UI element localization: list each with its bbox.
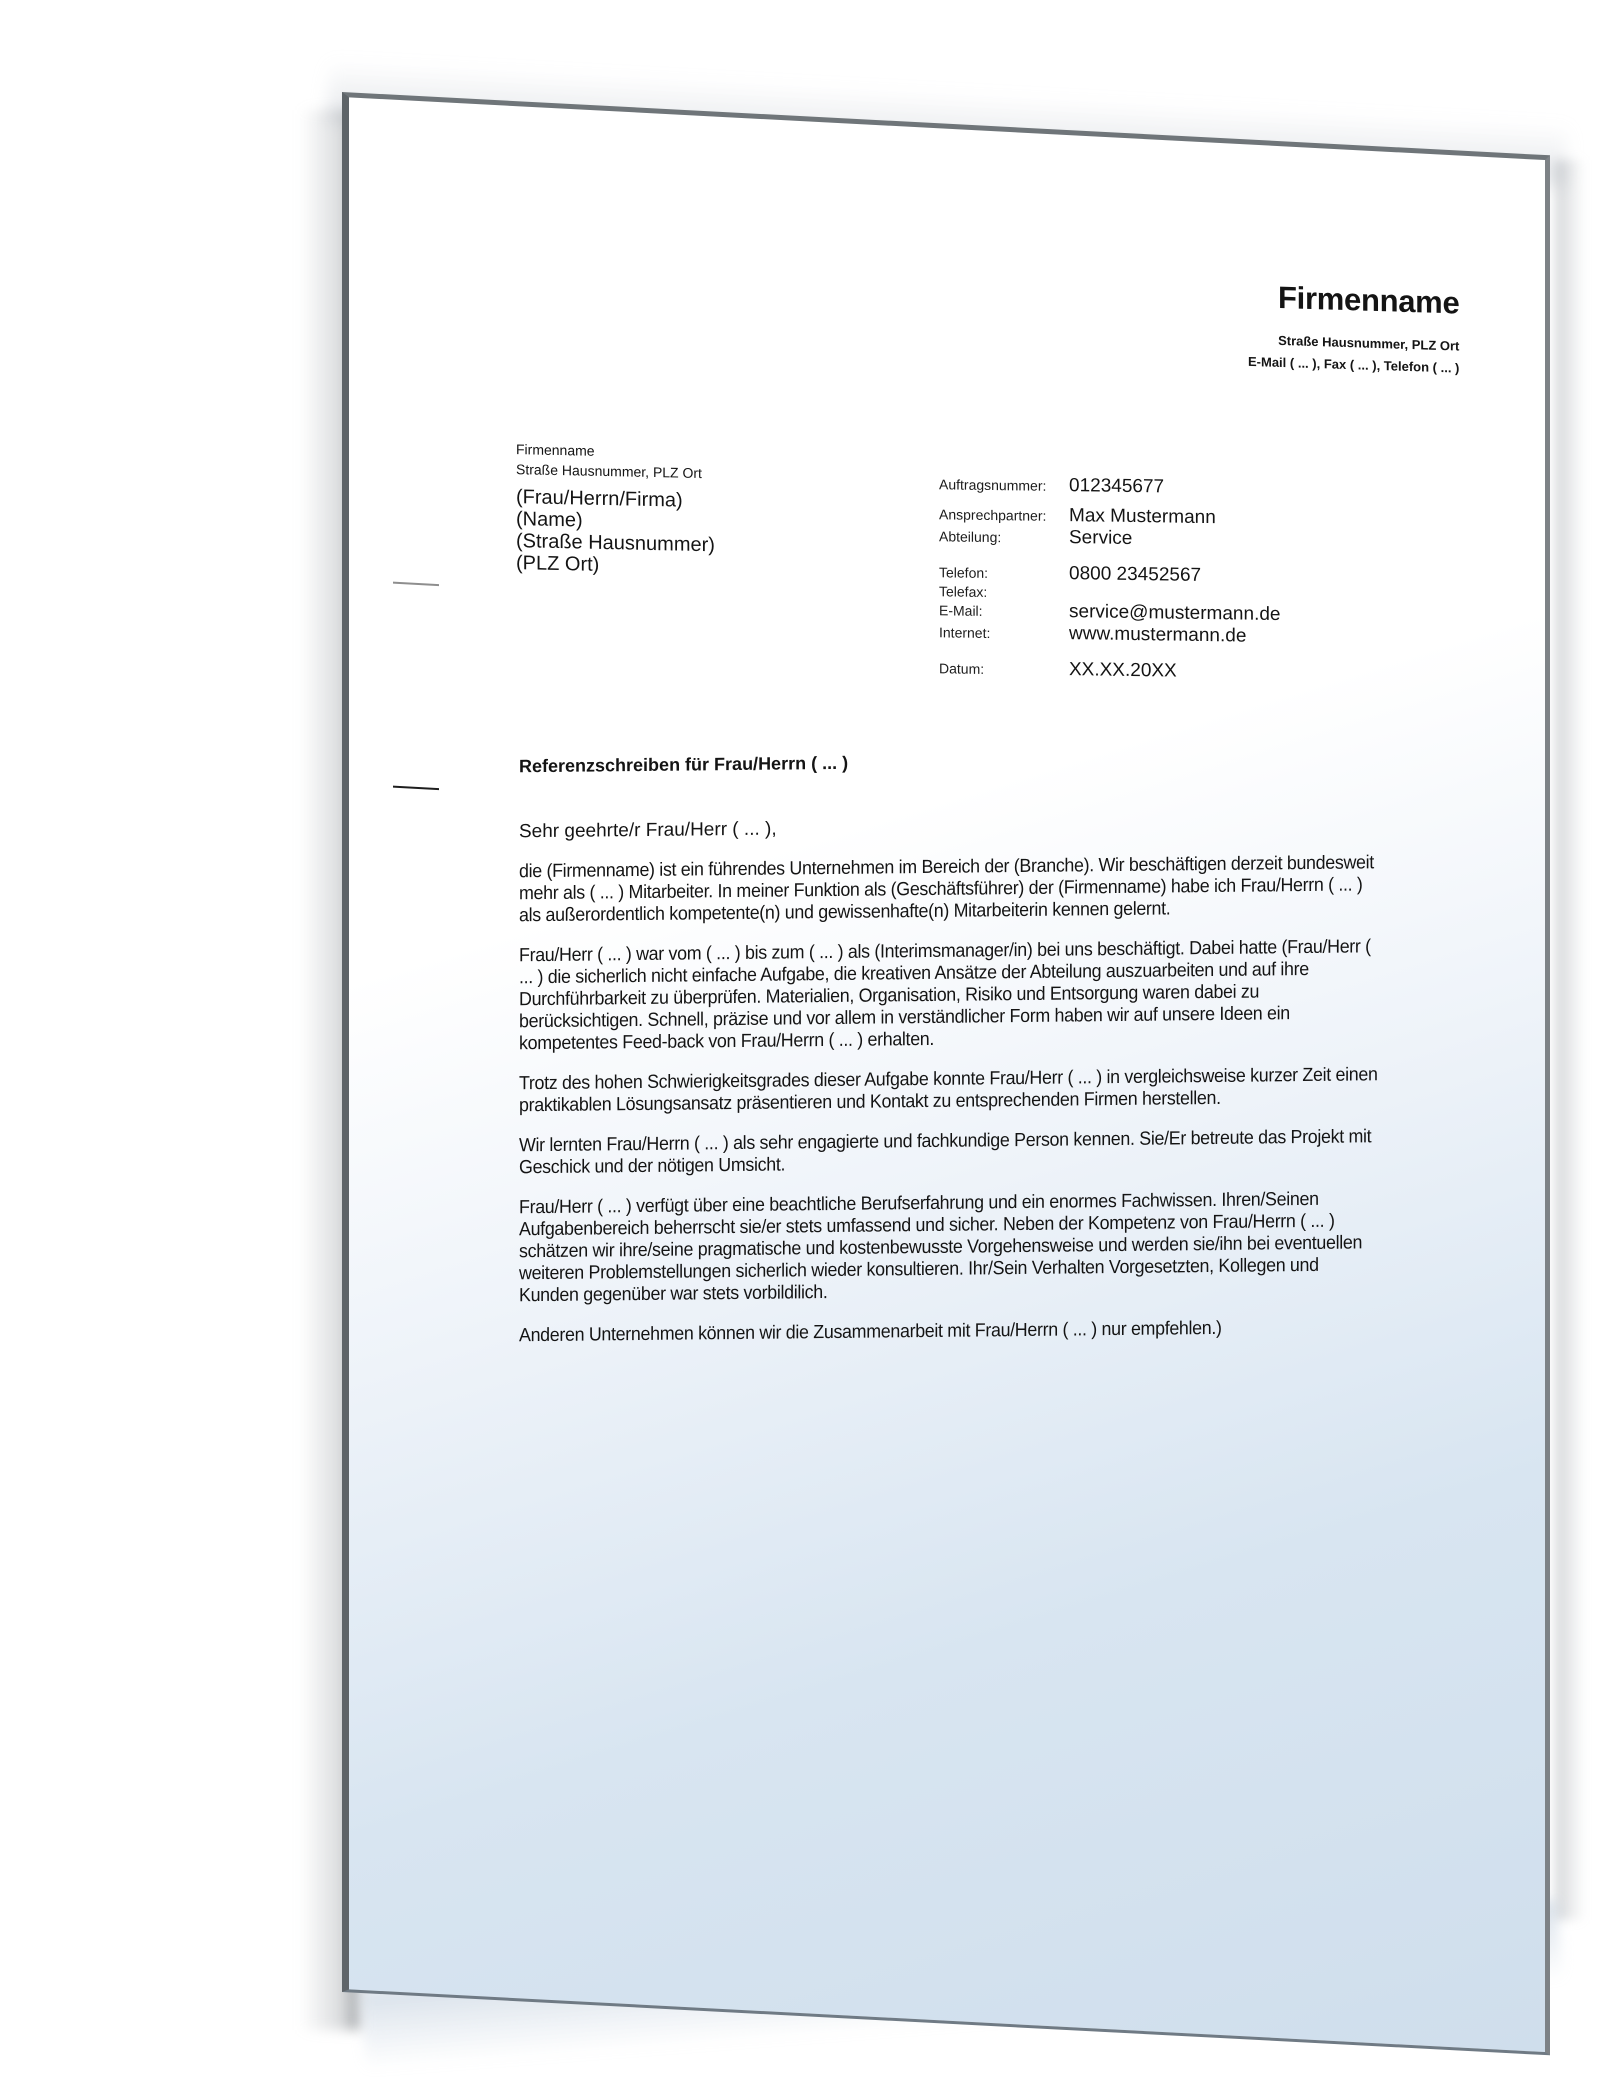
letter-paragraph: Trotz des hohen Schwierigkeitsgrades die… — [519, 1064, 1379, 1117]
punch-mark-center — [393, 786, 439, 790]
recipient-address: (Frau/Herrn/Firma) (Name) (Straße Hausnu… — [516, 486, 715, 578]
sheet-shadow-right — [1555, 160, 1585, 1920]
info-label: Abteilung: — [939, 528, 1069, 546]
letter-paragraph: Anderen Unternehmen können wir die Zusam… — [519, 1316, 1379, 1347]
info-label: Ansprechpartner: — [939, 506, 1069, 524]
letterhead: Firmenname Straße Hausnummer, PLZ Ort E-… — [1248, 279, 1459, 380]
info-label: Telefon: — [939, 564, 1069, 582]
info-label: Datum: — [939, 660, 1069, 678]
sender-address: Straße Hausnummer, PLZ Ort — [516, 459, 702, 483]
letter-paragraph: die (Firmenname) ist ein führendes Unter… — [519, 852, 1379, 927]
info-value: Max Mustermann — [1069, 505, 1216, 529]
letter-body: Referenzschreiben für Frau/Herrn ( ... )… — [519, 747, 1379, 1365]
letter-paragraph: Wir lernten Frau/Herrn ( ... ) als sehr … — [519, 1126, 1379, 1179]
letterhead-company-name: Firmenname — [1248, 279, 1459, 322]
letter-sheet: Firmenname Straße Hausnummer, PLZ Ort E-… — [342, 92, 1550, 2055]
info-value: XX.XX.20XX — [1069, 659, 1177, 683]
info-value: 0800 23452567 — [1069, 563, 1201, 587]
info-label: E-Mail: — [939, 602, 1069, 620]
letter-paragraph: Frau/Herr ( ... ) war vom ( ... ) bis zu… — [519, 936, 1379, 1055]
info-row-date: Datum: XX.XX.20XX — [939, 657, 1280, 684]
info-value: Service — [1069, 527, 1132, 550]
recipient-city-line: (PLZ Ort) — [516, 552, 715, 578]
sender-return-address: Firmenname Straße Hausnummer, PLZ Ort — [516, 439, 702, 483]
info-value: 012345677 — [1069, 475, 1164, 498]
info-label: Telefax: — [939, 583, 1069, 601]
fold-mark-top — [393, 582, 439, 586]
info-label: Auftragsnummer: — [939, 476, 1069, 494]
letter-salutation: Sehr geehrte/r Frau/Herr ( ... ), — [519, 812, 1379, 843]
info-block: Auftragsnummer: 012345677 Ansprechpartne… — [939, 473, 1280, 684]
info-label: Internet: — [939, 624, 1069, 642]
letter-content: Firmenname Straße Hausnummer, PLZ Ort E-… — [349, 97, 1545, 2052]
info-value: service@mustermann.de — [1069, 601, 1280, 626]
letter-subject: Referenzschreiben für Frau/Herrn ( ... ) — [519, 747, 1379, 777]
info-value: www.mustermann.de — [1069, 623, 1246, 647]
letter-paragraph: Frau/Herr ( ... ) verfügt über eine beac… — [519, 1188, 1379, 1307]
document-preview-stage: Firmenname Straße Hausnummer, PLZ Ort E-… — [0, 0, 1600, 2100]
